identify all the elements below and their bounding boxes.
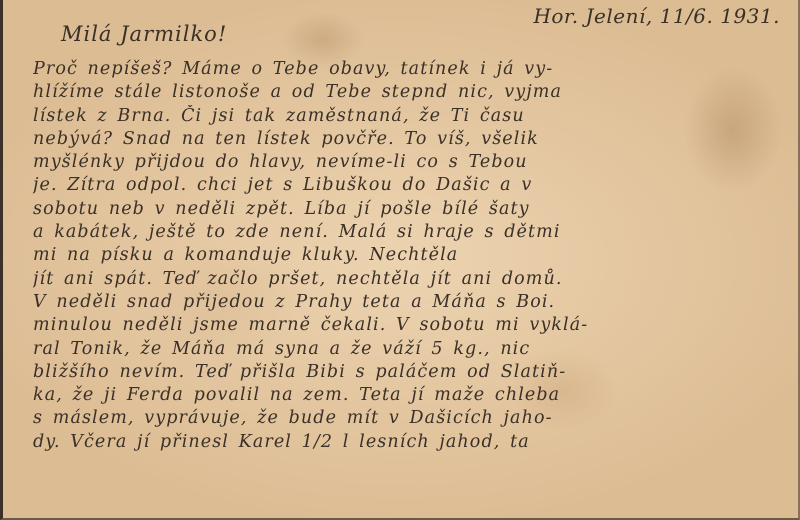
letter-line: V neděli snad přijedou z Prahy teta a Má…	[33, 291, 790, 314]
place: Hor. Jelení	[533, 4, 645, 28]
letter-line: Proč nepíšeš? Máme o Tebe obavy, tatínek…	[33, 58, 790, 81]
letter-line: bližšího nevím. Teď přišla Bibi s paláče…	[33, 361, 790, 384]
place-date-header: Hor. Jelení, 11/6. 1931.	[533, 4, 780, 28]
letter-line: dy. Včera jí přinesl Karel 1/2 l lesních…	[33, 431, 790, 454]
letter-line: sobotu neb v neděli zpět. Líba jí pošle …	[33, 198, 790, 221]
letter-line: mi na písku a komanduje kluky. Nechtěla	[33, 244, 790, 267]
letter-line: s máslem, vyprávuje, že bude mít v Dašic…	[33, 407, 790, 430]
letter-line: minulou neděli jsme marně čekali. V sobo…	[33, 314, 790, 337]
letter-line: jít ani spát. Teď začlo pršet, nechtěla …	[33, 268, 790, 291]
letter-line: hlížíme stále listonoše a od Tebe stepnd…	[33, 81, 790, 104]
letter-line: ral Tonik, že Máňa má syna a že váží 5 k…	[33, 338, 790, 361]
date: 11/6. 1931.	[660, 4, 780, 28]
postcard: Hor. Jelení, 11/6. 1931. Milá Jarmilko! …	[0, 0, 800, 520]
salutation: Milá Jarmilko!	[61, 22, 227, 46]
letter-line: myšlénky přijdou do hlavy, nevíme-li co …	[33, 151, 790, 174]
letter-line: je. Zítra odpol. chci jet s Libuškou do …	[33, 174, 790, 197]
letter-line: lístek z Brna. Či jsi tak zaměstnaná, že…	[33, 105, 790, 128]
letter-body: Proč nepíšeš? Máme o Tebe obavy, tatínek…	[33, 58, 790, 454]
letter-line: nebývá? Snad na ten lístek povčře. To ví…	[33, 128, 790, 151]
letter-line: a kabátek, ještě to zde není. Malá si hr…	[33, 221, 790, 244]
letter-line: ka, že ji Ferda povalil na zem. Teta jí …	[33, 384, 790, 407]
